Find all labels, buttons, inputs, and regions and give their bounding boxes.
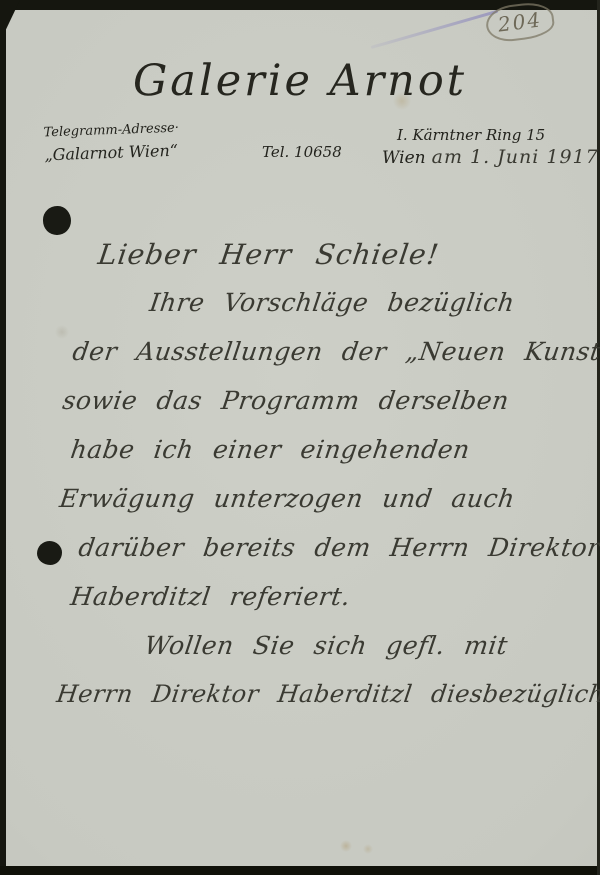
letter-body-line: sowie das Programm derselben [58,386,600,435]
letterhead-gallery-name: Galerie Arnot [0,56,600,106]
scan-edge-bottom [0,866,600,875]
letter-body-line: habe ich einer eingehenden [66,435,600,484]
hole-punch-top [43,206,71,235]
letter-body: Ihre Vorschläge bezüglichder Ausstellung… [0,288,600,729]
letter-body-line: Haberditzl referiert. [66,582,600,631]
letterhead-telegram-block: Telegramm-Adresse· „Galarnot Wien“ [43,120,180,167]
pencil-stroke-mark [371,10,499,49]
letterhead-telephone: Tel. 10658 [262,143,342,161]
letter-body-line: Herrn Direktor Haberditzl diesbezüglich [52,680,600,729]
archive-page-number-text: 204 [497,7,544,36]
handwritten-date: am 1. Juni 1917 [432,146,599,168]
letter-body-line: Wollen Sie sich gefl. mit [140,631,600,680]
letter-body-line: der Ausstellungen der „Neuen Kunst“, [68,337,600,386]
letter-salutation: Lieber Herr Schiele! [96,238,441,271]
letter-body-line: Erwägung unterzogen und auch [55,484,600,533]
scanned-letter-page: 204 Galerie Arnot Telegramm-Adresse· „Ga… [0,0,600,875]
letterhead-city: Wien [382,148,426,168]
telegram-address-value: „Galarnot Wien“ [44,138,180,166]
letterhead-street-address: I. Kärntner Ring 15 [397,126,545,144]
letterhead-city-date-line: Wienam 1. Juni 1917 [382,146,599,168]
letter-body-line: Ihre Vorschläge bezüglich [145,288,600,337]
letter-body-line: darüber bereits dem Herrn Direktor [74,533,600,582]
